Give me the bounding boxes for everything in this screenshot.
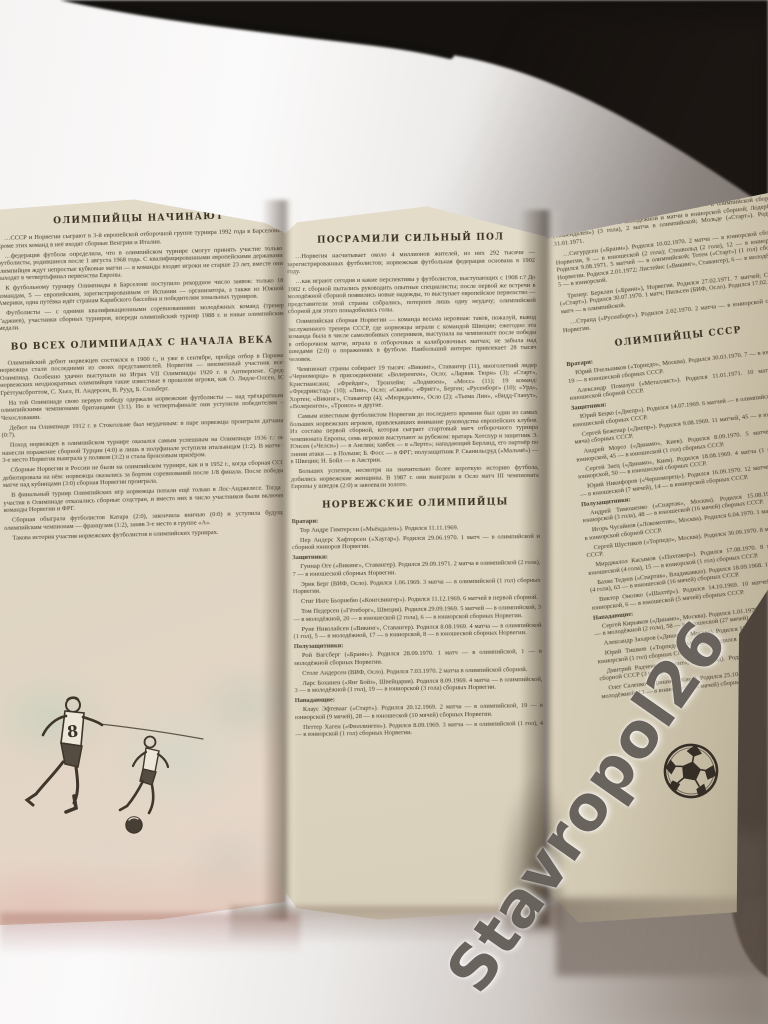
section-entries: Рой Вагсберг («Бранн»). Родился 28.09.19…	[294, 648, 543, 695]
svg-text:8: 8	[66, 722, 79, 742]
paragraph: Самым известным футболистом Норвегии до …	[290, 409, 539, 466]
player-entry: Клаус Эфтевааг («Старт»). Родился 20.12.…	[295, 702, 543, 721]
paragraph: …федерация футбола определила, что в оли…	[0, 245, 283, 283]
middle-page-content: ПОСРАМИЛИ СИЛЬНЫЙ ПОЛ …Норвегия насчитыв…	[287, 232, 544, 741]
page-bottom-shadow-right	[556, 898, 768, 976]
right-page-content: …Странд («Тромсё»). Родился 2.04.1969. 4…	[551, 194, 768, 703]
paragraph: Олимпийский дебют норвежцев состоялся в …	[0, 351, 286, 396]
player-entry: Гуннар Оге («Викинг», Ставангер). Родилс…	[292, 559, 540, 578]
paragraph: …как играют сегодня и какие перспективы …	[287, 274, 536, 316]
middle-page-heading-1: ПОСРАМИЛИ СИЛЬНЫЙ ПОЛ	[287, 232, 535, 246]
section-entries: Гуннар Оге («Викинг», Ставангер). Родилс…	[292, 559, 541, 641]
norwegian-goalkeepers-section: Вратари: Тор Андре Гимтерсен («Мьёндален…	[292, 513, 541, 551]
section-entries: Тор Андре Гимтерсен («Мьёндален»). Родил…	[292, 522, 540, 551]
player-entry: Руне Николайсен («Викинг», Ставангер). Р…	[293, 621, 541, 640]
norwegian-defenders-section: Защитники: Гуннар Оге («Викинг», Ставанг…	[292, 550, 541, 641]
photo-scene: 8 ОЛИМПИЙЦЫ НАЧИНАЮТ …СССР и Норвегии сы…	[0, 0, 768, 1024]
left-history-paragraphs: Олимпийский дебют норвежцев состоялся в …	[0, 351, 290, 541]
paragraph: Олимпийская сборная Норвегии — команда в…	[288, 314, 537, 363]
middle-page-heading-2: НОРВЕЖСКИЕ ОЛИМПИЙЦЫ	[291, 496, 539, 510]
player-entry: Петтер Хаген («Фюллинген»). Родился 8.09…	[295, 719, 543, 738]
paragraph: Больших успехов, несмотря на значительно…	[291, 464, 539, 491]
footballers-sketch-illustration: 8	[16, 690, 206, 850]
left-page-content: ОЛИМПИЙЦЫ НАЧИНАЮТ …СССР и Норвегии сыгр…	[0, 210, 291, 544]
norwegian-midfielders-section: Полузащитники: Рой Вагсберг («Бранн»). Р…	[294, 639, 543, 695]
paragraph: Футболисты — с одними квалификационными …	[0, 302, 285, 332]
player-entry: Том Педерсен («Гётеборг», Швеция). Родил…	[293, 604, 541, 623]
section-entries: Клаус Эфтевааг («Старт»). Родился 20.12.…	[295, 702, 544, 739]
ussr-midfielders-section: Полузащитники: Андрей Тимошенко («Спарта…	[581, 477, 768, 612]
player-entry: Ларс Бохинен («Янг Бойз», Швейцария). Ро…	[294, 675, 542, 694]
player-entry: Пер Андерс Хафторсен («Хаугар»). Родился…	[292, 532, 540, 551]
middle-intro-paragraphs: …Норвегия насчитывает около 4 миллионов …	[287, 249, 539, 491]
left-intro-paragraphs: …СССР и Норвегии сыграют в 3-й европейск…	[0, 227, 285, 332]
left-page-heading-2: ВО ВСЕХ ОЛИМПИАДАХ С НАЧАЛА ВЕКА	[0, 334, 285, 352]
paragraph: …Норвегия насчитывает около 4 миллионов …	[287, 249, 535, 276]
player-entry: Эрик Берг (ВИФ, Осло). Родился 1.06.1969…	[293, 576, 541, 595]
fold-shadow-left	[262, 200, 302, 920]
norwegian-forwards-section: Нападающие: Клаус Эфтевааг («Старт»). Ро…	[295, 693, 544, 739]
player-entry: Рой Вагсберг («Бранн»). Родился 28.09.19…	[294, 648, 542, 667]
booklet-left-page: 8 ОЛИМПИЙЦЫ НАЧИНАЮТ …СССР и Норвегии сы…	[0, 198, 288, 928]
paragraph: Чемпионат страны собирает 19 тысяч: «Вик…	[289, 361, 538, 410]
